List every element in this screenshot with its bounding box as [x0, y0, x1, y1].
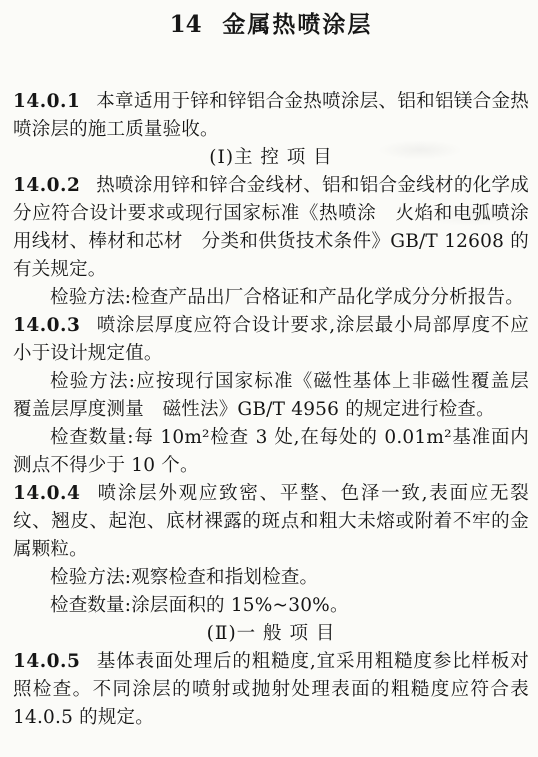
clause-text: 本章适用于锌和锌铝合金热喷涂层、铝和铝镁合金热喷涂层的施工质量验收。 — [13, 91, 529, 140]
chapter-number: 14 — [170, 11, 202, 38]
clause-paragraph: 14.0.3喷涂层厚度应符合设计要求,涂层最小局部厚度不应小于设计规定值。 — [13, 312, 529, 368]
chapter-title: 14金属热喷涂层 — [13, 10, 529, 40]
chapter-title-text: 金属热喷涂层 — [222, 11, 372, 38]
method-paragraph: 检验方法:检查产品出厂合格证和产品化学成分分析报告。 — [13, 284, 529, 312]
clause-text: 检验方法:观察检查和指划检查。 — [50, 567, 318, 588]
method-paragraph: 检查数量:涂层面积的 15%~30%。 — [13, 592, 529, 620]
clause-number: 14.0.4 — [13, 483, 80, 504]
clause-text: 检查数量:每 10m²检查 3 处,在每处的 0.01m²基准面内测点不得少于 … — [13, 427, 529, 476]
clause-number: 14.0.1 — [13, 91, 80, 112]
clause-text: 检验方法:检查产品出厂合格证和产品化学成分分析报告。 — [50, 287, 524, 308]
method-paragraph: 检验方法:应按现行国家标准《磁性基体上非磁性覆盖层 覆盖层厚度测量 磁性法》GB… — [13, 368, 529, 424]
section-heading: (Ⅰ)主 控 项 目 — [13, 144, 529, 172]
clause-number: 14.0.3 — [13, 315, 80, 336]
clause-text: 热喷涂用锌和锌合金线材、铝和铝合金线材的化学成分应符合设计要求或现行国家标准《热… — [13, 175, 529, 280]
clause-paragraph: 14.0.4喷涂层外观应致密、平整、色泽一致,表面应无裂纹、翘皮、起泡、底材裸露… — [13, 480, 529, 564]
method-paragraph: 检验方法:观察检查和指划检查。 — [13, 564, 529, 592]
clause-text: 喷涂层厚度应符合设计要求,涂层最小局部厚度不应小于设计规定值。 — [13, 315, 529, 364]
clause-text: 基体表面处理后的粗糙度,宜采用粗糙度参比样板对照检查。不同涂层的喷射或抛射处理表… — [13, 651, 529, 728]
method-paragraph: 检查数量:每 10m²检查 3 处,在每处的 0.01m²基准面内测点不得少于 … — [13, 424, 529, 480]
clause-text: 喷涂层外观应致密、平整、色泽一致,表面应无裂纹、翘皮、起泡、底材裸露的斑点和粗大… — [13, 483, 529, 560]
clause-text: 检验方法:应按现行国家标准《磁性基体上非磁性覆盖层 覆盖层厚度测量 磁性法》GB… — [13, 371, 538, 420]
document-body: 14.0.1本章适用于锌和锌铝合金热喷涂层、铝和铝镁合金热喷涂层的施工质量验收。… — [13, 88, 529, 732]
clause-paragraph: 14.0.2热喷涂用锌和锌合金线材、铝和铝合金线材的化学成分应符合设计要求或现行… — [13, 172, 529, 284]
clause-number: 14.0.2 — [13, 175, 80, 196]
clause-paragraph: 14.0.1本章适用于锌和锌铝合金热喷涂层、铝和铝镁合金热喷涂层的施工质量验收。 — [13, 88, 529, 144]
document-page: 14金属热喷涂层 14.0.1本章适用于锌和锌铝合金热喷涂层、铝和铝镁合金热喷涂… — [0, 0, 538, 757]
clause-text: 检查数量:涂层面积的 15%~30%。 — [50, 595, 349, 616]
clause-paragraph: 14.0.5基体表面处理后的粗糙度,宜采用粗糙度参比样板对照检查。不同涂层的喷射… — [13, 648, 529, 732]
section-heading: (Ⅱ)一 般 项 目 — [13, 620, 529, 648]
clause-number: 14.0.5 — [13, 651, 80, 672]
